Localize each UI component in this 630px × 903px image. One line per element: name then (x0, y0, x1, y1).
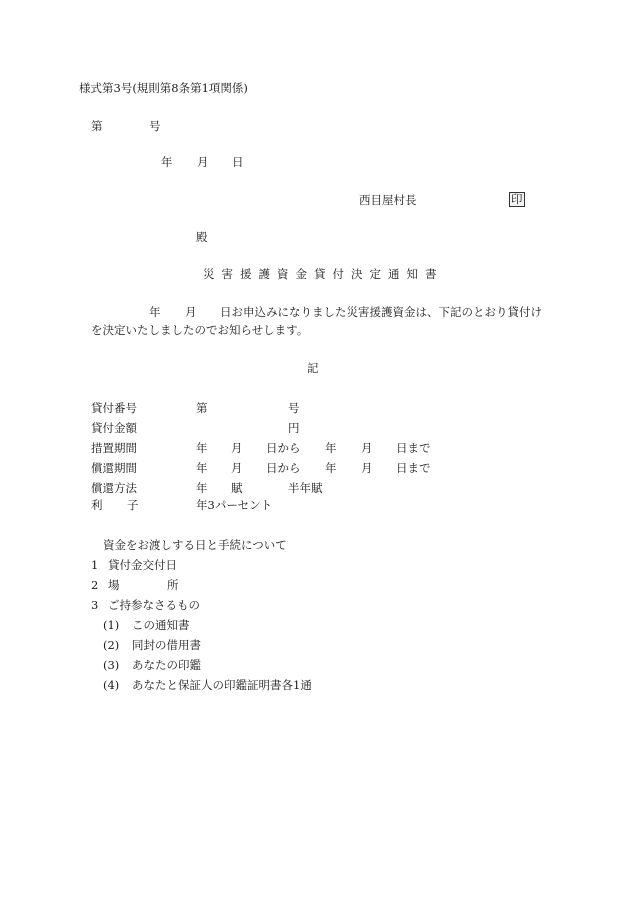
repay-y1: 年 (196, 461, 208, 475)
bring-1-text: この通知書 (132, 618, 190, 632)
method-semiannual: 半年賦 (288, 481, 323, 495)
bring-4-num: (4) (103, 678, 119, 692)
issuer-name: 西目屋村長 (359, 193, 417, 207)
repayment-method-label: 償還方法 (91, 481, 137, 495)
procedure-heading: 資金をお渡しする日と手続について (103, 538, 287, 552)
item-3-num: 3 (91, 598, 98, 612)
item-2-text-b: 所 (167, 578, 179, 592)
bring-4-text: あなたと保証人の印鑑証明書各1通 (132, 678, 312, 692)
item-3-text: ご持参なさるもの (108, 598, 200, 612)
body-line-2: を決定いたしましたのでお知らせします。 (91, 323, 308, 337)
method-annual-b: 賦 (231, 481, 243, 495)
ki-heading: 記 (307, 361, 319, 375)
item-1-num: 1 (91, 558, 98, 572)
bring-2-text: 同封の借用書 (132, 638, 201, 652)
method-annual-a: 年 (196, 481, 208, 495)
item-1-text: 貸付金交付日 (108, 558, 177, 572)
loan-number-gou: 号 (288, 401, 300, 415)
date-day: 日 (232, 155, 244, 169)
seal-mark: 印 (509, 192, 525, 207)
repay-m1: 月 (231, 461, 243, 475)
grace-y2: 年 (325, 441, 337, 455)
form-header: 様式第3号(規則第8条第1項関係) (79, 81, 248, 95)
seal-icon: 印 (509, 192, 525, 207)
number-dai: 第 (91, 119, 103, 133)
loan-amount-unit: 円 (288, 421, 300, 435)
addressee-suffix: 殿 (196, 230, 208, 244)
number-gou: 号 (149, 119, 161, 133)
grace-m1: 月 (231, 441, 243, 455)
document-title: 災害援護資金貸付決定通知書 (203, 267, 444, 281)
repay-y2: 年 (325, 461, 337, 475)
repayment-period-label: 償還期間 (91, 461, 137, 475)
grace-period-label: 措置期間 (91, 441, 137, 455)
interest-value: 年3パーセント (196, 498, 272, 512)
interest-label-a: 利 (91, 498, 103, 512)
bring-3-num: (3) (103, 658, 119, 672)
repay-to: 日まで (396, 461, 431, 475)
bring-3-text: あなたの印鑑 (132, 658, 201, 672)
repay-from: 日から (266, 461, 301, 475)
interest-label-b: 子 (127, 498, 139, 512)
body-month: 月 (185, 305, 197, 319)
date-year: 年 (161, 155, 173, 169)
grace-to: 日まで (396, 441, 431, 455)
body-year: 年 (149, 305, 161, 319)
loan-number-dai: 第 (196, 401, 208, 415)
body-line-1: 日お申込みになりました災害援護資金は、下記のとおり貸付け (220, 305, 542, 319)
loan-number-label: 貸付番号 (91, 401, 137, 415)
item-2-num: 2 (91, 578, 98, 592)
bring-1-num: (1) (103, 618, 119, 632)
grace-y1: 年 (196, 441, 208, 455)
bring-2-num: (2) (103, 638, 119, 652)
loan-amount-label: 貸付金額 (91, 421, 137, 435)
date-month: 月 (197, 155, 209, 169)
repay-m2: 月 (361, 461, 373, 475)
grace-from: 日から (266, 441, 301, 455)
grace-m2: 月 (361, 441, 373, 455)
item-2-text-a: 場 (108, 578, 120, 592)
